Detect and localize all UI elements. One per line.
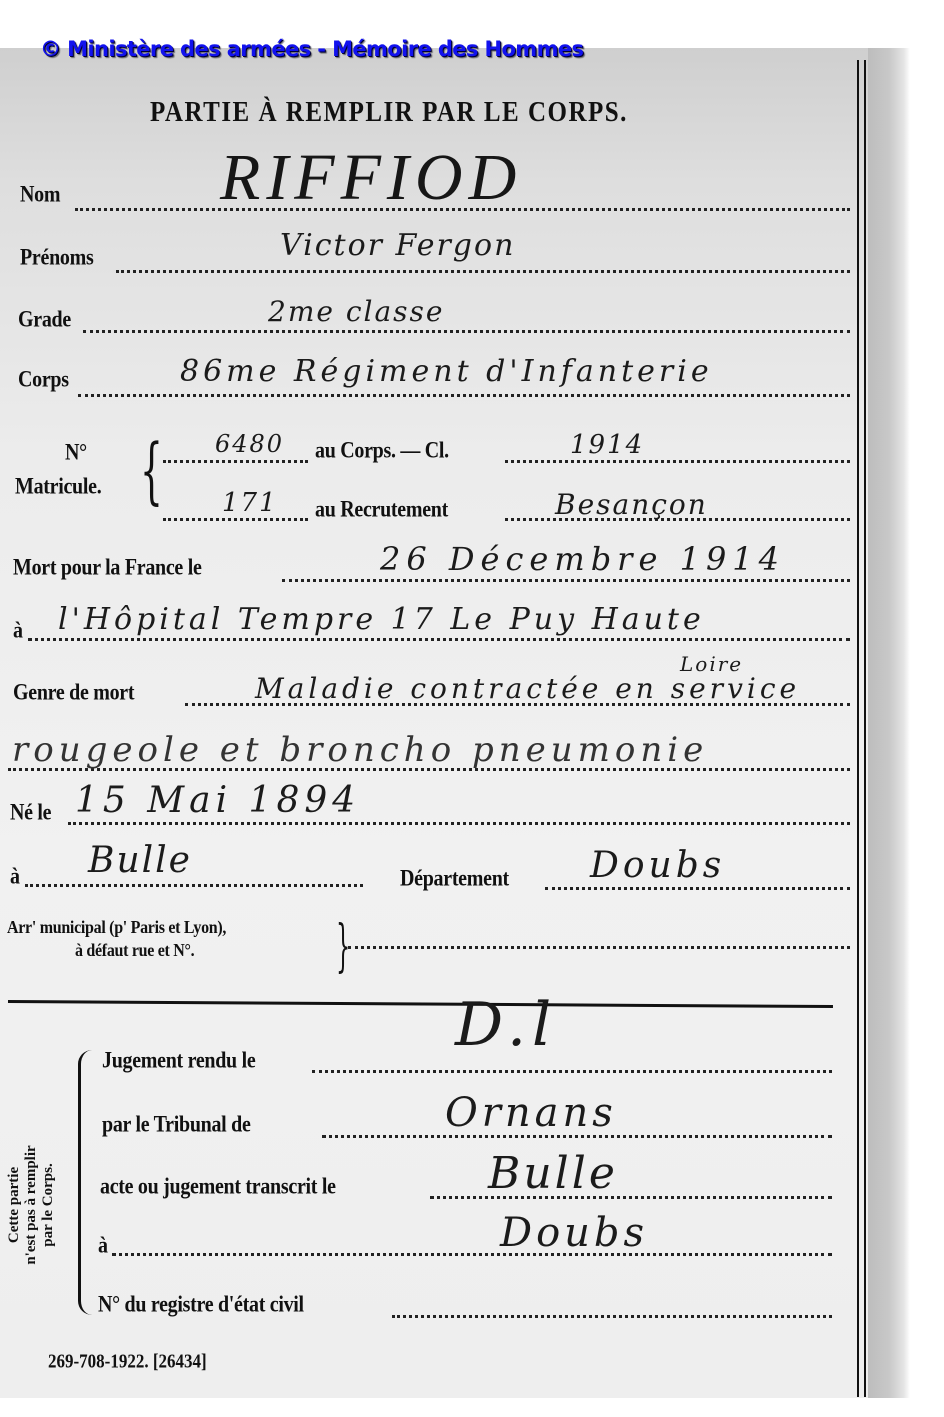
lieu-mort-value: l'Hôpital Tempre 17 Le Puy Haute: [58, 602, 705, 637]
ne-a-line: [25, 884, 363, 887]
arrondissement-line: [348, 946, 850, 949]
recrutement-place-value: Besançon: [555, 488, 708, 521]
prenoms-value: Victor Fergon: [280, 228, 515, 263]
matricule-recrutement-line: [163, 518, 308, 521]
right-border-rule: [857, 60, 859, 1397]
matricule-brace: {: [140, 428, 163, 512]
nom-value: RIFFIOD: [220, 140, 522, 216]
tribunal-value: Ornans: [445, 1090, 617, 1136]
departement-value: Doubs: [590, 845, 725, 886]
registre-label: N° du registre d'état civil: [98, 1292, 304, 1318]
arrondissement-label: Arr' municipal (p' Paris et Lyon),: [7, 918, 226, 939]
transcrit-label: acte ou jugement transcrit le: [100, 1174, 336, 1200]
corps-label: Corps: [18, 367, 69, 393]
matricule-corps-value: 6480: [215, 430, 284, 458]
corps-value: 86me Régiment d'Infanterie: [180, 354, 713, 389]
jugement-a-line: [112, 1253, 832, 1256]
transcrit-value: Bulle: [488, 1148, 618, 1199]
matricule-corps-label: au Corps. — Cl.: [315, 438, 449, 464]
arrondissement-label-2: à défaut rue et N°.: [75, 941, 194, 962]
registre-line: [392, 1315, 832, 1318]
ne-a-label: à: [10, 864, 20, 890]
jugement-rendu-value: D.l: [455, 990, 557, 1060]
ne-a-value: Bulle: [88, 840, 192, 881]
lieu-mort-label: à: [13, 618, 23, 644]
corps-line: [78, 394, 850, 397]
form-heading: PARTIE À REMPLIR PAR LE CORPS.: [150, 97, 628, 129]
side-note-line-1: Cette partie: [6, 1100, 23, 1310]
ne-le-line: [68, 822, 850, 825]
jugement-rendu-line: [312, 1070, 832, 1073]
ne-le-label: Né le: [10, 800, 51, 826]
side-note-line-2: n'est pas à remplir: [23, 1100, 40, 1310]
matricule-label-no: N°: [65, 440, 87, 466]
jugement-a-value: Doubs: [500, 1210, 648, 1256]
departement-line: [545, 887, 850, 890]
classe-line: [505, 460, 850, 463]
side-note-line-3: par le Corps.: [40, 1100, 57, 1310]
matricule-label: Matricule.: [15, 474, 101, 500]
jugement-rendu-label: Jugement rendu le: [102, 1048, 255, 1074]
grade-line: [83, 330, 850, 333]
mort-label: Mort pour la France le: [13, 555, 202, 581]
jugement-bracket: [78, 1050, 93, 1315]
mort-value: 26 Décembre 1914: [380, 540, 785, 578]
page-edge-shadow: [868, 48, 910, 1398]
genre-mort-value-line2: rougeole et broncho pneumonie: [12, 730, 708, 770]
right-border-rule: [864, 60, 866, 1397]
lieu-mort-line: [28, 638, 850, 641]
nom-label: Nom: [20, 182, 60, 208]
mort-line: [282, 579, 850, 582]
tribunal-label: par le Tribunal de: [102, 1112, 251, 1138]
section-side-note: Cette partie n'est pas à remplir par le …: [6, 1100, 57, 1310]
grade-value: 2me classe: [268, 295, 444, 328]
classe-value: 1914: [570, 430, 644, 460]
prenoms-label: Prénoms: [20, 245, 93, 271]
jugement-a-label: à: [98, 1233, 108, 1259]
matricule-corps-line: [163, 460, 308, 463]
form-reference: 269-708-1922. [26434]: [48, 1350, 207, 1373]
genre-mort-value-line1: Maladie contractée en service: [255, 672, 800, 705]
matricule-recrutement-value: 171: [222, 488, 278, 518]
departement-label: Département: [400, 866, 509, 892]
ne-le-value: 15 Mai 1894: [75, 780, 360, 821]
prenoms-line: [116, 270, 850, 273]
genre-mort-label: Genre de mort: [13, 680, 134, 706]
copyright-watermark: © Ministère des armées - Mémoire des Hom…: [40, 37, 583, 61]
grade-label: Grade: [18, 307, 71, 333]
matricule-recrutement-label: au Recrutement: [315, 497, 448, 523]
